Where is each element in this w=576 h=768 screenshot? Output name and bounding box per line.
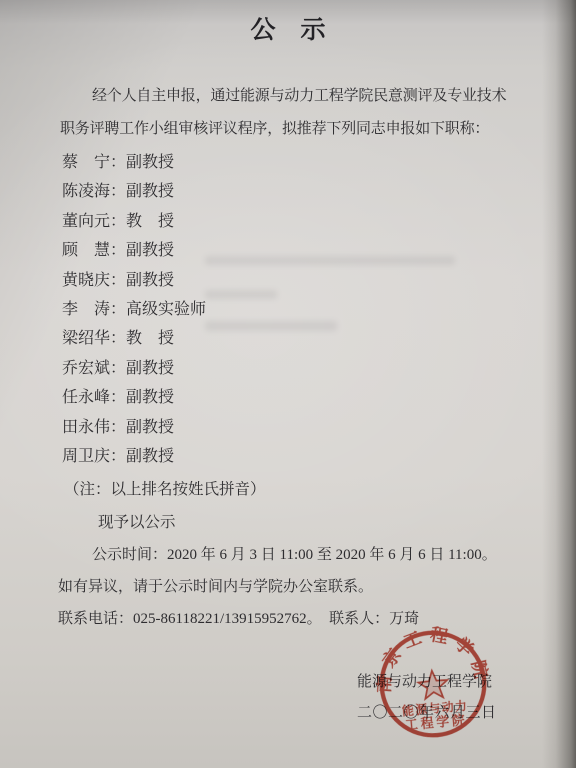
nominee-row: 乔宏斌：副教授 — [62, 354, 206, 383]
nominee-name: 李 涛 — [62, 295, 110, 324]
name-separator: ： — [110, 154, 126, 171]
nominee-rank: 教 授 — [126, 330, 174, 347]
page-title: 公 示 — [0, 10, 576, 46]
nominee-rank: 副教授 — [126, 360, 174, 377]
name-separator: ： — [110, 448, 126, 465]
nominee-row: 董向元：教 授 — [62, 207, 206, 236]
signature-department: 能源与动力工程学院 — [357, 670, 492, 691]
announcement-statement: 现予以公示 — [98, 510, 176, 532]
nominee-row: 顾 慧：副教授 — [62, 236, 206, 265]
contact-info: 联系电话：025-86118221/13915952762。 联系人：万琦 — [58, 607, 419, 628]
announcement-document-photo: 公 示 经个人自主申报，通过能源与动力工程学院民意测评及专业技术 职务评聘工作小… — [0, 0, 576, 768]
nominee-name: 周卫庆 — [62, 442, 110, 471]
name-separator: ： — [110, 242, 126, 259]
nominee-row: 陈凌海：副教授 — [62, 177, 206, 206]
sorting-note: （注：以上排名按姓氏拼音） — [64, 477, 266, 499]
nominee-row: 任永峰：副教授 — [62, 383, 206, 412]
nominee-rank: 教 授 — [126, 213, 174, 230]
bleed-through-mark — [205, 256, 455, 265]
name-separator: ： — [110, 272, 126, 289]
nominee-name: 田永伟 — [62, 413, 110, 442]
intro-paragraph-line-2: 职务评聘工作小组审核评议程序，拟推荐下列同志申报如下职称： — [60, 117, 489, 138]
nominee-row: 蔡 宁：副教授 — [62, 148, 206, 177]
name-separator: ： — [110, 389, 126, 406]
nominee-row: 周卫庆：副教授 — [62, 442, 206, 471]
nominee-name: 董向元 — [62, 207, 110, 236]
nominee-name: 蔡 宁 — [62, 148, 110, 177]
nominee-name: 梁绍华 — [62, 324, 110, 353]
intro-paragraph-line-1: 经个人自主申报，通过能源与动力工程学院民意测评及专业技术 — [92, 84, 506, 105]
nominee-list: 蔡 宁：副教授 陈凌海：副教授 董向元：教 授 顾 慧：副教授 黄晓庆：副教授 … — [62, 148, 206, 471]
nominee-name: 黄晓庆 — [62, 266, 110, 295]
name-separator: ： — [110, 330, 126, 347]
objection-instruction: 如有异议，请于公示时间内与学院办公室联系。 — [58, 575, 373, 596]
name-separator: ： — [110, 213, 126, 230]
nominee-row: 梁绍华：教 授 — [62, 324, 206, 353]
publicity-period: 公示时间：2020 年 6 月 3 日 11:00 至 2020 年 6 月 6… — [92, 543, 497, 564]
signature-date: 二〇二〇年六月三日 — [357, 701, 497, 722]
name-separator: ： — [110, 183, 126, 200]
nominee-rank: 副教授 — [126, 389, 174, 406]
name-separator: ： — [110, 419, 126, 436]
nominee-name: 乔宏斌 — [62, 354, 110, 383]
nominee-rank: 副教授 — [126, 183, 174, 200]
name-separator: ： — [110, 360, 126, 377]
nominee-rank: 副教授 — [126, 242, 174, 259]
nominee-rank: 副教授 — [126, 419, 174, 436]
nominee-row: 田永伟：副教授 — [62, 413, 206, 442]
nominee-rank: 副教授 — [126, 154, 174, 171]
nominee-name: 陈凌海 — [62, 177, 110, 206]
nominee-rank: 副教授 — [126, 448, 174, 465]
nominee-rank: 高级实验师 — [126, 301, 206, 318]
nominee-name: 顾 慧 — [62, 236, 110, 265]
photo-right-fold-shadow — [542, 0, 576, 768]
bleed-through-mark — [205, 321, 337, 331]
nominee-row: 黄晓庆：副教授 — [62, 266, 206, 295]
nominee-rank: 副教授 — [126, 272, 174, 289]
nominee-row: 李 涛：高级实验师 — [62, 295, 206, 324]
nominee-name: 任永峰 — [62, 383, 110, 412]
bleed-through-mark — [205, 290, 277, 299]
name-separator: ： — [110, 301, 126, 318]
